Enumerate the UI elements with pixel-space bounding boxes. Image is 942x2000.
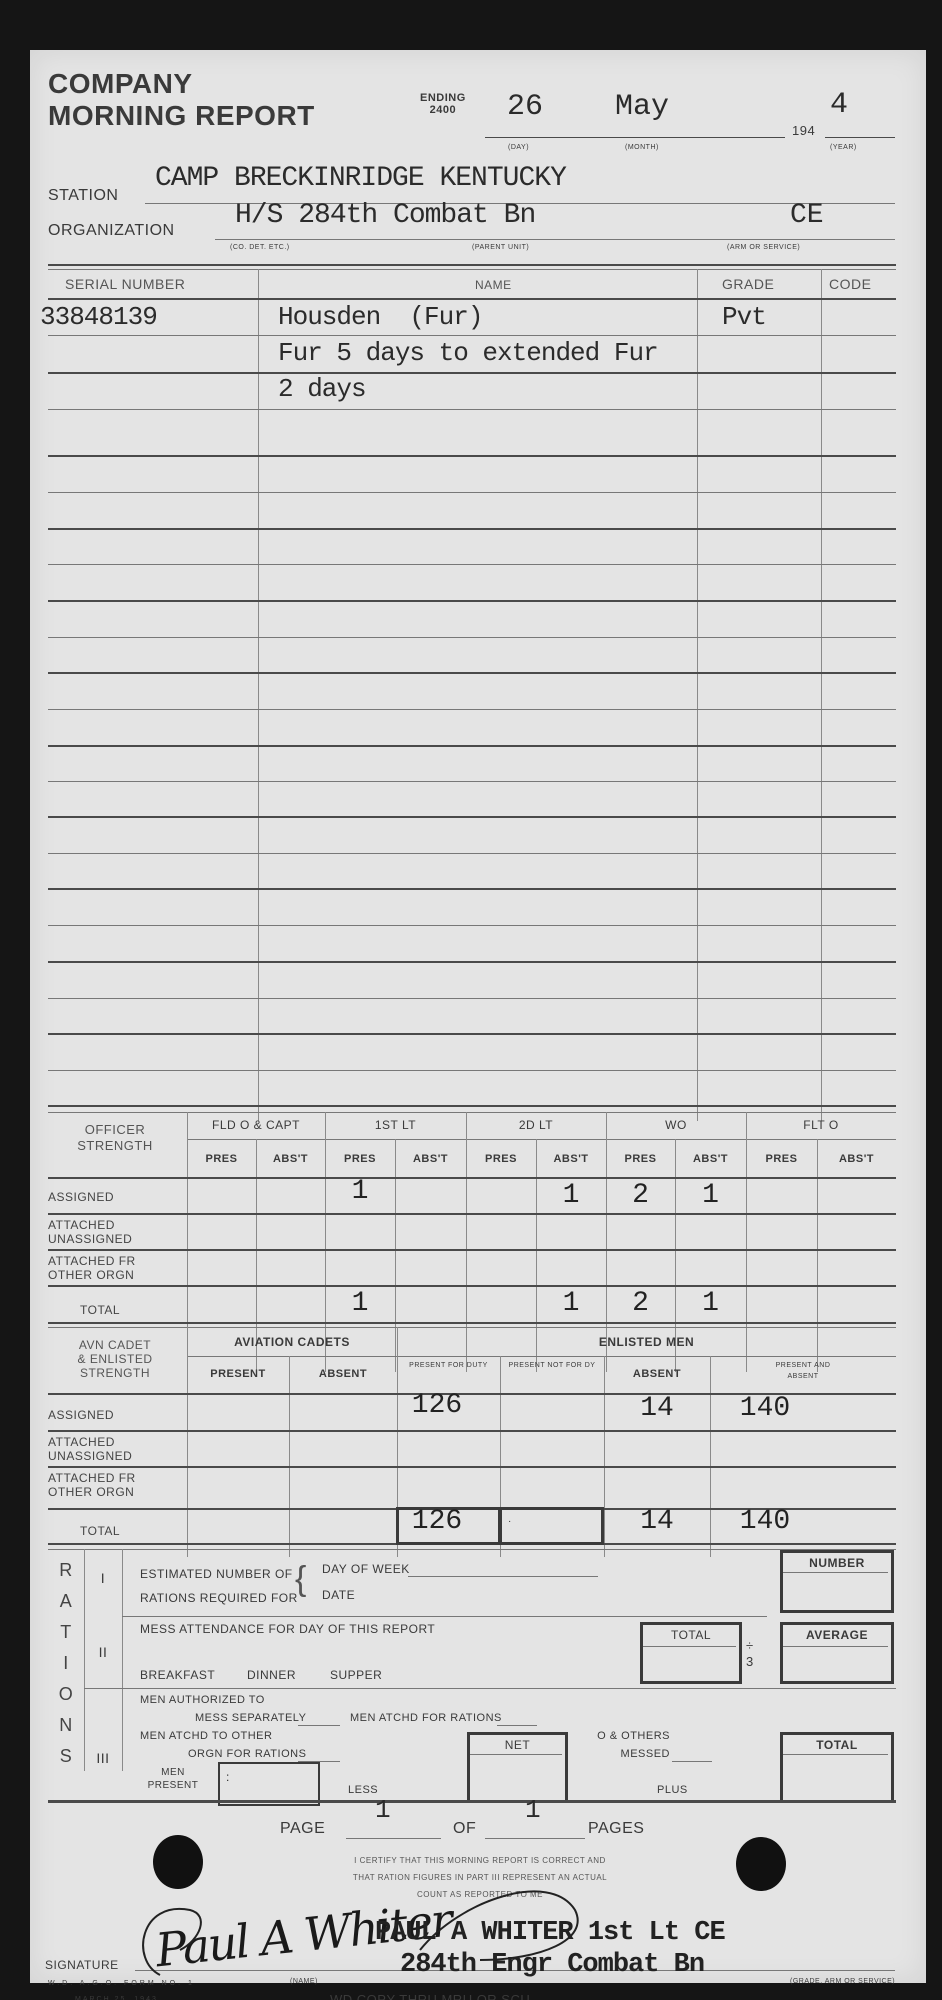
officer-row-rule <box>48 1213 896 1215</box>
men-authorized-label-a: MEN AUTHORIZED TO <box>140 1694 265 1706</box>
roster-rule <box>48 600 896 602</box>
enlisted-strength-label: AVN CADET & ENLISTED STRENGTH <box>50 1338 180 1380</box>
page-label: PAGE <box>280 1820 325 1838</box>
section-3-numeral: III <box>84 1750 122 1766</box>
col-grade: GRADE <box>722 276 774 292</box>
rations-letter: S <box>48 1741 84 1772</box>
roster-rule <box>48 709 896 710</box>
roster-rule <box>48 564 896 565</box>
page-number: 1 <box>375 1795 391 1825</box>
men-atchd-for-rations-field[interactable] <box>497 1725 537 1726</box>
plus-label: PLUS <box>657 1784 688 1796</box>
section-2-numeral: II <box>84 1644 122 1660</box>
breakfast-label: BREAKFAST <box>140 1668 215 1682</box>
group-wo: WO <box>606 1118 746 1132</box>
men-atchd-for-rations-label: MEN ATCHD FOR RATIONS <box>350 1712 502 1724</box>
entry-name: Housden (Fur) <box>278 302 482 332</box>
enlisted-row-rule <box>48 1466 896 1468</box>
subcol-abst: ABS'T <box>395 1153 466 1165</box>
dinner-label: DINNER <box>247 1668 296 1682</box>
group-1st-lt: 1ST LT <box>325 1118 466 1132</box>
group-flt-o: FLT O <box>746 1118 896 1132</box>
col-present-and-absent: PRESENT AND ABSENT <box>710 1360 896 1382</box>
officer-label-1: OFFICER <box>50 1122 180 1138</box>
rations-total-divider <box>783 1754 888 1755</box>
pages-field[interactable] <box>485 1838 585 1839</box>
roster-rule <box>48 1070 896 1071</box>
entry-remark-2: 2 days <box>278 374 366 404</box>
year-underline <box>825 137 895 138</box>
organization-value: H/S 284th Combat Bn <box>235 200 535 231</box>
col-cadets-present: PRESENT <box>187 1368 289 1380</box>
form-date: MARCH 25, 1943 <box>75 1996 158 2000</box>
report-year-digit: 4 <box>830 88 848 122</box>
section-1-numeral: I <box>84 1570 122 1586</box>
officer-label-2: STRENGTH <box>50 1138 180 1154</box>
others-messed-label-a: O & OTHERS <box>590 1730 670 1742</box>
enlisted-col-line <box>289 1356 290 1557</box>
report-month: May <box>615 90 669 124</box>
rations-letter: A <box>48 1586 84 1617</box>
section-1-rule <box>122 1616 767 1617</box>
divide-icon: ÷ <box>746 1638 754 1654</box>
col-divider-1 <box>258 269 259 1121</box>
enlisted-label-1: AVN CADET <box>50 1338 180 1352</box>
col-serial-number: SERIAL NUMBER <box>65 276 185 292</box>
officer-col-line <box>466 1112 467 1372</box>
subcol-pres: PRES <box>325 1153 395 1165</box>
title-line-1: COMPANY <box>48 68 315 100</box>
roster-rule <box>48 672 896 674</box>
rations-letter: I <box>48 1648 84 1679</box>
enlisted-assigned-absent: 14 <box>604 1393 710 1424</box>
entry-remark-1: Fur 5 days to extended Fur <box>278 338 658 368</box>
enlisted-total-present-for-duty: 126 <box>397 1506 477 1537</box>
arm-service-value: CE <box>790 200 824 231</box>
entry-grade: Pvt <box>722 302 766 332</box>
roster-rule <box>48 335 896 336</box>
divide-by-value: 3 <box>746 1654 754 1670</box>
men-atchd-other-label-a: MEN ATCHD TO OTHER <box>140 1730 272 1742</box>
day-of-week-field[interactable] <box>408 1576 598 1577</box>
col-divider-3 <box>821 269 822 1121</box>
caption-co: (CO. DET. ETC.) <box>230 244 290 251</box>
col-cadets-absent: ABSENT <box>289 1368 397 1380</box>
roster-rule <box>48 961 896 963</box>
subcol-pres: PRES <box>187 1153 256 1165</box>
net-box-label: NET <box>470 1738 565 1752</box>
copy-note: WD COPY THRU MRU OR SCU <box>330 1992 530 2000</box>
officer-total-wo-pres: 2 <box>606 1288 675 1319</box>
enlisted-total-absent: 14 <box>604 1506 710 1537</box>
net-box-divider <box>470 1754 562 1755</box>
average-box-divider <box>783 1646 888 1647</box>
section-2-rule <box>84 1688 896 1689</box>
officer-row-rule <box>48 1249 896 1251</box>
group-fld-o-capt: FLD O & CAPT <box>187 1118 325 1132</box>
enlisted-row-assigned: ASSIGNED <box>48 1408 114 1422</box>
officer-row-attached-fr-other: ATTACHED FR OTHER ORGN <box>48 1254 158 1282</box>
officer-strength-label: OFFICER STRENGTH <box>50 1122 180 1154</box>
men-authorized-label-b: MESS SEPARATELY <box>195 1712 306 1724</box>
entry-serial: 33848139 <box>40 302 157 332</box>
typed-officer-name: PAUL A WHITER 1st Lt CE <box>375 1918 725 1948</box>
col-code: CODE <box>829 276 871 292</box>
group-2d-lt: 2D LT <box>466 1118 606 1132</box>
officer-row-attached-unassigned: ATTACHED UNASSIGNED <box>48 1218 158 1246</box>
men-atchd-other-label-b: ORGN FOR RATIONS <box>188 1748 306 1760</box>
enlisted-assigned-present-for-duty: 126 <box>397 1390 477 1421</box>
mess-total-label: TOTAL <box>643 1628 739 1642</box>
ending-time: 2400 <box>420 104 466 116</box>
col-present-not-for-duty: PRESENT NOT FOR DY <box>500 1360 604 1371</box>
form-title: COMPANY MORNING REPORT <box>48 68 315 132</box>
enlisted-row-attached-unassigned: ATTACHED UNASSIGNED <box>48 1435 158 1463</box>
roster-top-rule <box>48 264 896 266</box>
date-label: DATE <box>322 1588 355 1602</box>
organization-label: ORGANIZATION <box>48 222 175 240</box>
officer-row-assigned: ASSIGNED <box>48 1190 114 1204</box>
roster-rule <box>48 528 896 530</box>
men-present-value: : <box>226 1770 229 1784</box>
roster-rule <box>48 455 896 457</box>
subcol-abst: ABS'T <box>675 1153 746 1165</box>
service-caption: (GRADE, ARM OR SERVICE) <box>790 1978 895 1985</box>
date-underline <box>485 137 785 138</box>
rations-bottom-rule <box>48 1800 896 1803</box>
rations-side-label: R A T I O N S <box>48 1555 84 1772</box>
roster-rule <box>48 745 896 747</box>
officer-col-line <box>325 1112 326 1372</box>
ending-label: ENDING 2400 <box>420 92 466 116</box>
typed-officer-unit: 284th Engr Combat Bn <box>400 1950 704 1980</box>
officer-row-rule <box>48 1327 896 1328</box>
group-aviation-cadets: AVIATION CADETS <box>187 1335 397 1349</box>
section-1-label-a: ESTIMATED NUMBER OF <box>140 1562 298 1586</box>
title-line-2: MORNING REPORT <box>48 100 315 132</box>
col-name: NAME <box>475 278 512 292</box>
subcol-pres: PRES <box>466 1153 536 1165</box>
report-day: 26 <box>507 90 543 124</box>
organization-underline <box>215 239 895 240</box>
others-messed-label-b: MESSED <box>590 1748 670 1760</box>
officer-assigned-wo-abst: 1 <box>675 1180 746 1211</box>
officer-assigned-2dlt-abst: 1 <box>536 1180 606 1211</box>
enlisted-assigned-present-and-absent: 140 <box>710 1393 820 1424</box>
col-divider-2 <box>697 269 698 1121</box>
roster-rule <box>48 1033 896 1035</box>
subcol-abst: ABS'T <box>256 1153 325 1165</box>
roster-rule <box>48 816 896 818</box>
divide-by-three: ÷ 3 <box>746 1638 754 1670</box>
officer-total-2dlt-abst: 1 <box>536 1288 606 1319</box>
enlisted-group-rule <box>187 1356 896 1357</box>
subcol-abst: ABS'T <box>536 1153 606 1165</box>
enlisted-row-total: TOTAL <box>80 1524 120 1538</box>
enlisted-row-rule <box>48 1549 896 1550</box>
brace-icon: { <box>295 1560 307 1599</box>
number-box-divider <box>783 1572 888 1573</box>
station-value: CAMP BRECKINRIDGE KENTUCKY <box>155 163 566 194</box>
section-1-label-b: RATIONS REQUIRED FOR <box>140 1586 298 1610</box>
roster-rule <box>48 372 896 374</box>
men-present-label-a: MEN <box>138 1766 208 1779</box>
year-prefix: 194 <box>792 123 815 138</box>
day-caption: (DAY) <box>508 144 529 151</box>
officer-row-rule <box>48 1177 896 1179</box>
group-enlisted-men: ENLISTED MEN <box>397 1335 896 1349</box>
ending-text: ENDING <box>420 92 466 104</box>
rations-col-line <box>122 1549 123 1771</box>
average-box-label: AVERAGE <box>783 1628 891 1642</box>
supper-label: SUPPER <box>330 1668 382 1682</box>
roster-rule <box>48 298 896 300</box>
officer-row-total: TOTAL <box>80 1303 120 1317</box>
less-label: LESS <box>348 1784 378 1796</box>
caption-parent: (PARENT UNIT) <box>472 244 529 251</box>
day-of-week-label: DAY OF WEEK <box>322 1562 410 1576</box>
officer-total-wo-abst: 1 <box>675 1288 746 1319</box>
binder-hole-right <box>736 1837 786 1891</box>
mess-total-divider <box>643 1646 736 1647</box>
col-enlisted-absent: ABSENT <box>604 1368 710 1380</box>
roster-rule <box>48 409 896 410</box>
subcol-pres: PRES <box>606 1153 675 1165</box>
total-present-not-for-duty-box <box>499 1507 604 1545</box>
others-messed-field[interactable] <box>672 1761 712 1762</box>
roster-rule <box>48 998 896 999</box>
rations-letter: T <box>48 1617 84 1648</box>
officer-assigned-1stlt-pres: 1 <box>325 1176 395 1207</box>
mess-attendance-label: MESS ATTENDANCE FOR DAY OF THIS REPORT <box>140 1622 435 1636</box>
roster-rule <box>48 888 896 890</box>
officer-col-line <box>606 1112 607 1372</box>
officer-row-rule <box>48 1285 896 1287</box>
station-label: STATION <box>48 187 118 205</box>
officer-assigned-wo-pres: 2 <box>606 1180 675 1211</box>
pages-label: PAGES <box>588 1820 644 1838</box>
enlisted-total-present-not-for-duty: · <box>508 1516 511 1527</box>
name-caption: (NAME) <box>290 1978 318 1985</box>
roster-rule <box>48 1105 896 1107</box>
men-present-label: MEN PRESENT <box>138 1766 208 1792</box>
number-box-label: NUMBER <box>783 1556 891 1570</box>
form-number: W.D. A.G.O. FORM NO. 1 <box>48 1980 195 1987</box>
subcol-pres: PRES <box>746 1153 817 1165</box>
enlisted-row-attached-fr-other: ATTACHED FR OTHER ORGN <box>48 1471 158 1499</box>
year-caption: (YEAR) <box>830 144 857 151</box>
certify-line-1: I CERTIFY THAT THIS MORNING REPORT IS CO… <box>250 1852 710 1869</box>
enlisted-col-line <box>187 1327 188 1557</box>
col-present-for-duty: PRESENT FOR DUTY <box>397 1360 500 1371</box>
signature-label: SIGNATURE <box>45 1958 119 1972</box>
morning-report-form: COMPANY MORNING REPORT ENDING 2400 26 Ma… <box>30 50 926 1983</box>
officer-row-rule <box>48 1322 896 1324</box>
roster-rule <box>48 1112 896 1113</box>
roster-rule <box>48 492 896 493</box>
caption-arm: (ARM OR SERVICE) <box>727 244 800 251</box>
pages-number: 1 <box>525 1795 541 1825</box>
roster-rule <box>48 637 896 638</box>
rations-total-label: TOTAL <box>783 1738 891 1752</box>
roster-top-rule-2 <box>48 269 896 270</box>
month-caption: (MONTH) <box>625 144 659 151</box>
roster-rule <box>48 853 896 854</box>
roster-rule <box>48 925 896 926</box>
of-label: OF <box>453 1820 476 1838</box>
men-present-label-b: PRESENT <box>138 1779 208 1792</box>
enlisted-label-3: STRENGTH <box>50 1366 180 1380</box>
officer-col-line <box>746 1112 747 1372</box>
officer-total-1stlt-pres: 1 <box>325 1288 395 1319</box>
section-1-label: ESTIMATED NUMBER OF RATIONS REQUIRED FOR <box>140 1562 298 1610</box>
enlisted-row-rule <box>48 1430 896 1432</box>
officer-group-rule <box>187 1139 896 1140</box>
page-field[interactable] <box>346 1838 441 1839</box>
subcol-abst: ABS'T <box>817 1153 896 1165</box>
rations-letter: O <box>48 1679 84 1710</box>
roster-rule <box>48 781 896 782</box>
enlisted-total-present-and-absent: 140 <box>710 1506 820 1537</box>
rations-letter: R <box>48 1555 84 1586</box>
mess-separately-field[interactable] <box>298 1725 340 1726</box>
rations-letter: N <box>48 1710 84 1741</box>
enlisted-label-2: & ENLISTED <box>50 1352 180 1366</box>
